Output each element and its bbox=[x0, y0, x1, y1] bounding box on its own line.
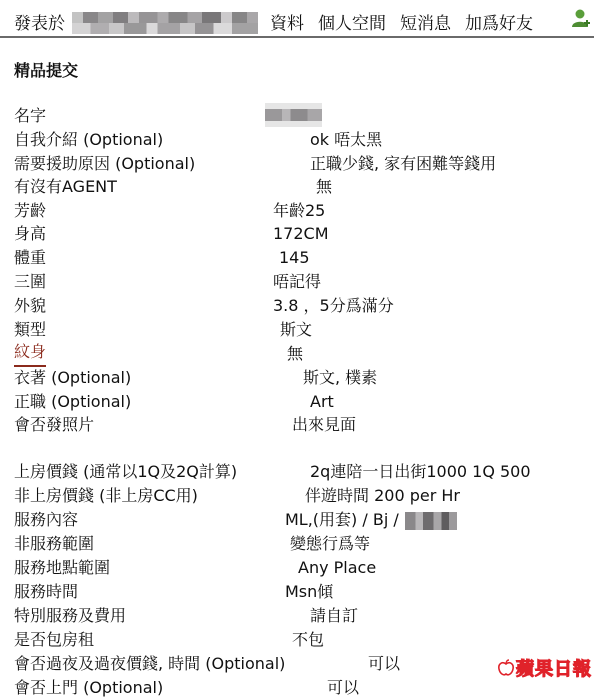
field-value: 145 bbox=[279, 247, 310, 269]
field-label: 是否包房租 bbox=[14, 629, 94, 651]
field-label: 特別服務及費用 bbox=[14, 605, 126, 627]
field-value-text: 正職少錢, 家有困難等錢用 bbox=[310, 154, 496, 173]
link-profile[interactable]: 資料 bbox=[270, 9, 304, 34]
field-value-text: 3.8 ，5分爲滿分 bbox=[273, 296, 394, 315]
field-label: 服務時間 bbox=[14, 581, 78, 603]
field-label: 自我介紹 (Optional) bbox=[14, 129, 163, 151]
field-label: 衣著 (Optional) bbox=[14, 367, 131, 389]
field-value: 出來見面 bbox=[292, 414, 356, 436]
link-short-message[interactable]: 短消息 bbox=[400, 9, 451, 34]
field-value-text: ML,(用套) / Bj / bbox=[285, 510, 399, 529]
field-value-text: ok 唔太黑 bbox=[310, 130, 382, 149]
field-value: 可以 bbox=[327, 677, 359, 699]
field-value: 3.8 ，5分爲滿分 bbox=[273, 295, 394, 317]
field-value-text: 年齡25 bbox=[273, 201, 325, 220]
field-value-text: 出來見面 bbox=[292, 415, 356, 434]
author-name-blurred[interactable] bbox=[72, 12, 258, 34]
watermark-text: 蘋果日報 bbox=[516, 655, 592, 681]
field-label[interactable]: 紋身 bbox=[14, 343, 46, 367]
field-label: 芳齡 bbox=[14, 200, 46, 222]
field-value: 不包 bbox=[292, 629, 324, 651]
field-value-text: 無 bbox=[316, 177, 332, 196]
field-label: 服務內容 bbox=[14, 509, 78, 531]
field-value: ML,(用套) / Bj / bbox=[285, 509, 457, 531]
field-value: 2q連陪一日出街1000 1Q 500 bbox=[310, 461, 531, 483]
field-label: 類型 bbox=[14, 319, 46, 341]
link-personal-space[interactable]: 個人空間 bbox=[318, 9, 386, 34]
field-value: 年齡25 bbox=[273, 200, 325, 222]
field-value-text: 可以 bbox=[368, 654, 400, 673]
field-value-text: Msn傾 bbox=[285, 582, 333, 601]
field-value: 無 bbox=[287, 343, 303, 365]
apple-icon bbox=[498, 659, 514, 677]
field-label: 上房價錢 (通常以1Q及2Q計算) bbox=[14, 461, 237, 483]
field-value-text: 斯文 bbox=[280, 320, 312, 339]
field-value-text: 請自訂 bbox=[310, 606, 358, 625]
field-value-text: 145 bbox=[279, 248, 310, 267]
field-value-text: 可以 bbox=[327, 678, 359, 697]
field-value: Art bbox=[310, 391, 334, 413]
field-label: 非服務範圍 bbox=[14, 533, 94, 555]
posted-by-label: 發表於 bbox=[14, 9, 65, 34]
watermark: 蘋果日報 bbox=[498, 655, 592, 681]
field-value: Msn傾 bbox=[285, 581, 333, 603]
field-label: 有沒有AGENT bbox=[14, 176, 117, 198]
field-label: 正職 (Optional) bbox=[14, 391, 131, 413]
field-label: 三圍 bbox=[14, 271, 46, 293]
field-label: 會否上門 (Optional) bbox=[14, 677, 163, 699]
field-value: 無 bbox=[316, 176, 332, 198]
field-value: 172CM bbox=[273, 223, 329, 245]
field-value-text: 172CM bbox=[273, 224, 329, 243]
section-title: 精品提交 bbox=[14, 58, 78, 81]
value-blurred bbox=[405, 512, 457, 530]
field-label: 服務地點範圍 bbox=[14, 557, 110, 579]
field-value: ok 唔太黑 bbox=[310, 129, 382, 151]
field-value-text: Art bbox=[310, 392, 334, 411]
field-value: 斯文, 樸素 bbox=[303, 367, 377, 389]
field-label: 會否過夜及過夜價錢, 時間 (Optional) bbox=[14, 653, 285, 675]
field-value-text: 2q連陪一日出街1000 1Q 500 bbox=[310, 462, 531, 481]
field-value: 唔記得 bbox=[273, 271, 321, 293]
field-value: 變態行爲等 bbox=[290, 533, 370, 555]
field-value: 請自訂 bbox=[310, 605, 358, 627]
field-value: Any Place bbox=[298, 557, 376, 579]
field-value: 斯文 bbox=[280, 319, 312, 341]
field-value-text: 變態行爲等 bbox=[290, 534, 370, 553]
field-value-text: 不包 bbox=[292, 630, 324, 649]
field-value-text: 唔記得 bbox=[273, 272, 321, 291]
field-label: 外貌 bbox=[14, 295, 46, 317]
post-action-links: 資料 個人空間 短消息 加爲好友 bbox=[270, 9, 533, 34]
field-label: 需要援助原因 (Optional) bbox=[14, 153, 195, 175]
field-label: 體重 bbox=[14, 247, 46, 269]
name-value-blurred bbox=[265, 103, 322, 127]
field-value-text: Any Place bbox=[298, 558, 376, 577]
link-add-friend[interactable]: 加爲好友 bbox=[465, 9, 533, 34]
post-header-bar: 發表於 資料 個人空間 短消息 加爲好友 bbox=[0, 0, 594, 38]
field-label: 名字 bbox=[14, 105, 46, 127]
field-value: 可以 bbox=[368, 653, 400, 675]
field-label: 會否發照片 bbox=[14, 414, 94, 436]
field-value-text: 伴遊時間 200 per Hr bbox=[305, 486, 460, 505]
user-add-icon[interactable] bbox=[571, 8, 591, 30]
field-value-text: 斯文, 樸素 bbox=[303, 368, 377, 387]
field-label: 身高 bbox=[14, 223, 46, 245]
field-value-text: 無 bbox=[287, 344, 303, 363]
field-value: 伴遊時間 200 per Hr bbox=[305, 485, 460, 507]
field-value: 正職少錢, 家有困難等錢用 bbox=[310, 153, 496, 175]
field-label: 非上房價錢 (非上房CC用) bbox=[14, 485, 198, 507]
